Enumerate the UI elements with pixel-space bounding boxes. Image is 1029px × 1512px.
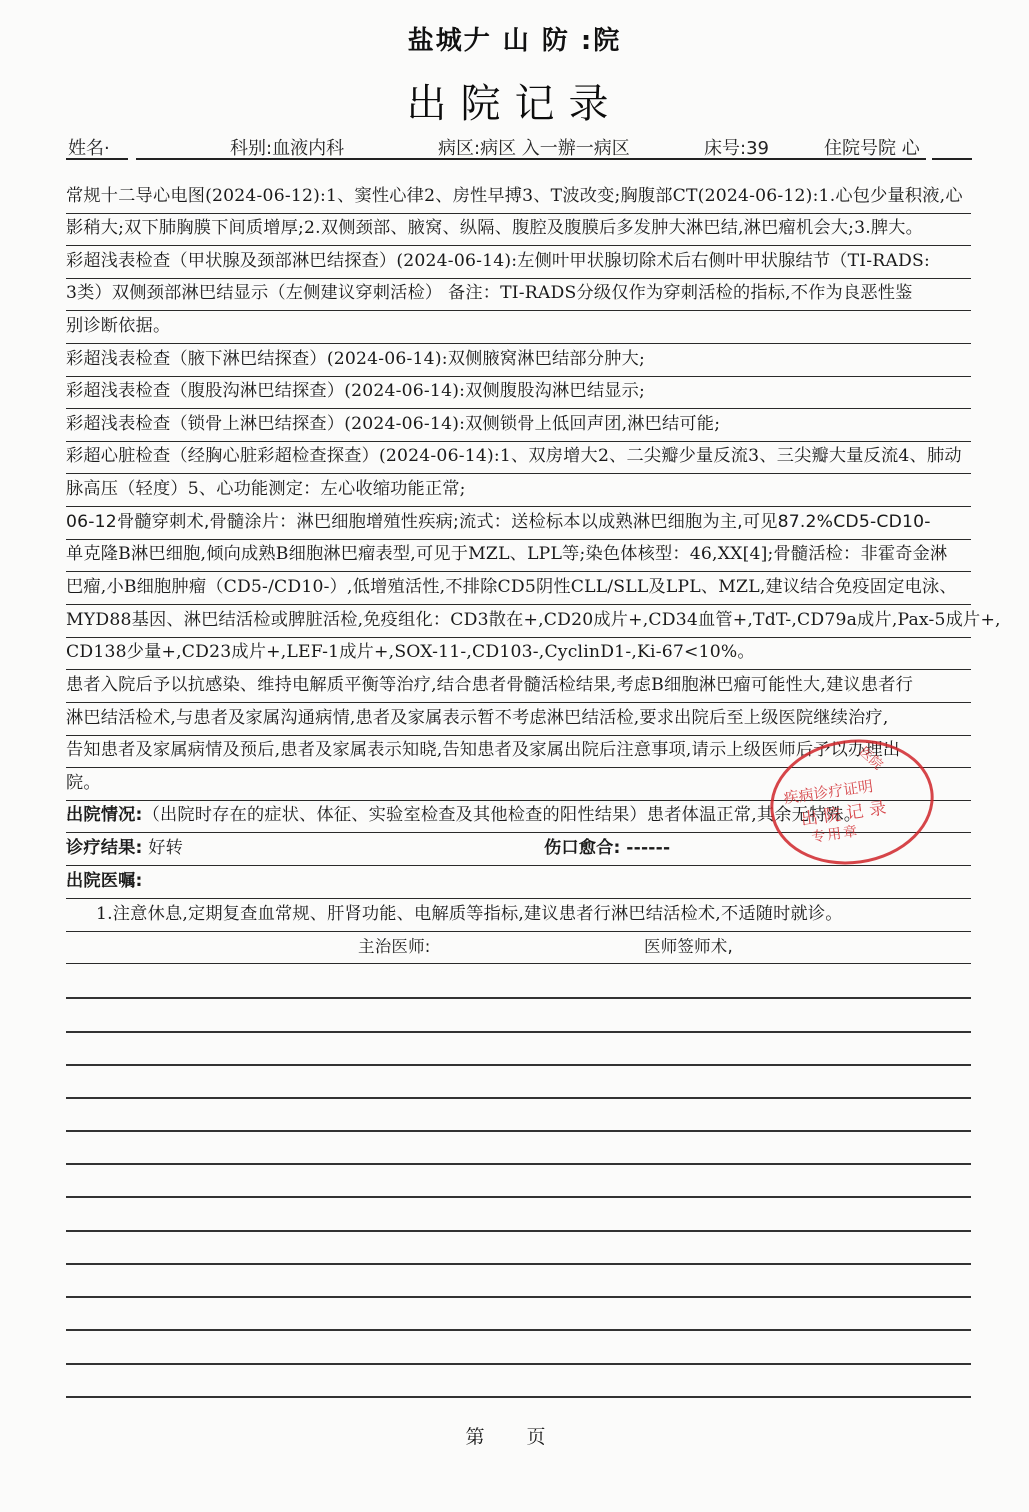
admission-underline <box>932 158 972 160</box>
record-line: 彩超心脏检查（经胸心脏彩超检查探查）(2024-06-14):1、双房增大2、二… <box>66 440 971 474</box>
signature-row: 主治医师: 医师签师术, <box>66 930 971 964</box>
ward: 病区:病区 入一辦一病区 <box>438 134 630 160</box>
admission-number: 住院号院 心 <box>824 134 920 160</box>
ruled-line <box>66 1130 971 1165</box>
discharge-order-item: 1.注意休息,定期复查血常规、肝肾功能、电解质等指标,建议患者行淋巴结活检术,不… <box>66 898 971 932</box>
attending-physician-label: 主治医师: <box>358 930 431 963</box>
record-line: 影稍大;双下肺胸膜下间质增厚;2.双侧颈部、腋窝、纵隔、腹腔及腹膜后多发肿大淋巴… <box>66 212 971 246</box>
record-line: 彩超浅表检查（锁骨上淋巴结探查）(2024-06-14):双侧锁骨上低回声团,淋… <box>66 408 971 442</box>
treatment-result-label: 诊疗结果: <box>66 838 143 858</box>
ruled-line <box>66 1064 971 1099</box>
record-line: CD138少量+,CD23成片+,LEF-1成片+,SOX-11-,CD103-… <box>66 636 971 670</box>
ruled-line <box>66 1097 971 1132</box>
record-line: 彩超浅表检查（腋下淋巴结探查）(2024-06-14):双侧腋窝淋巴结部分肿大; <box>66 343 971 377</box>
record-line: 脉高压（轻度）5、心功能测定：左心收缩功能正常; <box>66 473 971 507</box>
stamp-arc-text: 医院 <box>856 742 888 774</box>
ruled-line <box>66 998 971 1033</box>
bed-number: 床号:39 <box>704 134 769 160</box>
record-line: 单克隆B淋巴细胞,倾向成熟B细胞淋巴瘤表型,可见于MZL、LPL等;染色体核型：… <box>66 538 971 572</box>
treatment-result-value: 好转 <box>148 838 183 858</box>
discharge-orders-label: 出院医嘱: <box>66 871 143 891</box>
discharge-condition-text: （出院时存在的症状、体征、实验室检查及其他检查的阳性结果）患者体温正常,其余无特… <box>143 805 862 825</box>
discharge-orders-row: 出院医嘱: <box>66 865 971 899</box>
info-underline <box>136 158 926 160</box>
record-line: 3类）双侧颈部淋巴结显示（左侧建议穿刺活检） 备注：TI-RADS分级仅作为穿刺… <box>66 277 971 311</box>
document-title: 出院记录 <box>0 72 1029 129</box>
ruled-line <box>66 1230 971 1265</box>
ruled-line <box>66 1363 971 1398</box>
record-line: MYD88基因、淋巴结活检或脾脏活检,免疫组化：CD3散在+,CD20成片+,C… <box>66 604 971 638</box>
wound-healing-value: ------ <box>626 838 670 858</box>
ruled-line <box>66 1163 971 1198</box>
ruled-line <box>66 1263 971 1298</box>
patient-name-label: 姓名· <box>68 134 110 160</box>
ruled-line <box>66 1330 971 1365</box>
wound-healing-label: 伤口愈合: <box>544 838 621 858</box>
discharge-condition-label: 出院情况: <box>66 805 143 825</box>
ruled-line <box>66 964 971 999</box>
page-number: 第 页 <box>0 1422 1029 1449</box>
record-line: 淋巴结活检术,与患者及家属沟通病情,患者及家属表示暂不考虑淋巴结活检,要求出院后… <box>66 702 971 736</box>
record-line: 彩超浅表检查（甲状腺及颈部淋巴结探查）(2024-06-14):左侧叶甲状腺切除… <box>66 245 971 279</box>
record-line: 06-12骨髓穿刺术,骨髓涂片：淋巴细胞增殖性疾病;流式：送检标本以成熟淋巴细胞… <box>66 506 971 540</box>
ruled-line <box>66 1296 971 1331</box>
ruled-line <box>66 1197 971 1232</box>
name-underline <box>66 158 128 160</box>
doctor-signature-label: 医师签师术, <box>644 930 733 963</box>
record-line: 常规十二导心电图(2024-06-12):1、窦性心律2、房性早搏3、T波改变;… <box>66 180 971 214</box>
record-line: 别诊断依据。 <box>66 310 971 344</box>
ruled-line <box>66 1031 971 1066</box>
record-line: 彩超浅表检查（腹股沟淋巴结探查）(2024-06-14):双侧腹股沟淋巴结显示; <box>66 375 971 409</box>
record-line: 巴瘤,小B细胞肿瘤（CD5-/CD10-）,低增殖活性,不排除CD5阴性CLL/… <box>66 571 971 605</box>
hospital-name: 盐城𠂇 山 防 :院 <box>0 20 1029 57</box>
wound-healing-cell: 伤口愈合: ------ <box>544 832 670 865</box>
department: 科别:血液内科 <box>230 134 344 160</box>
record-line: 患者入院后予以抗感染、维持电解质平衡等治疗,结合患者骨髓活检结果,考虑B细胞淋巴… <box>66 669 971 703</box>
